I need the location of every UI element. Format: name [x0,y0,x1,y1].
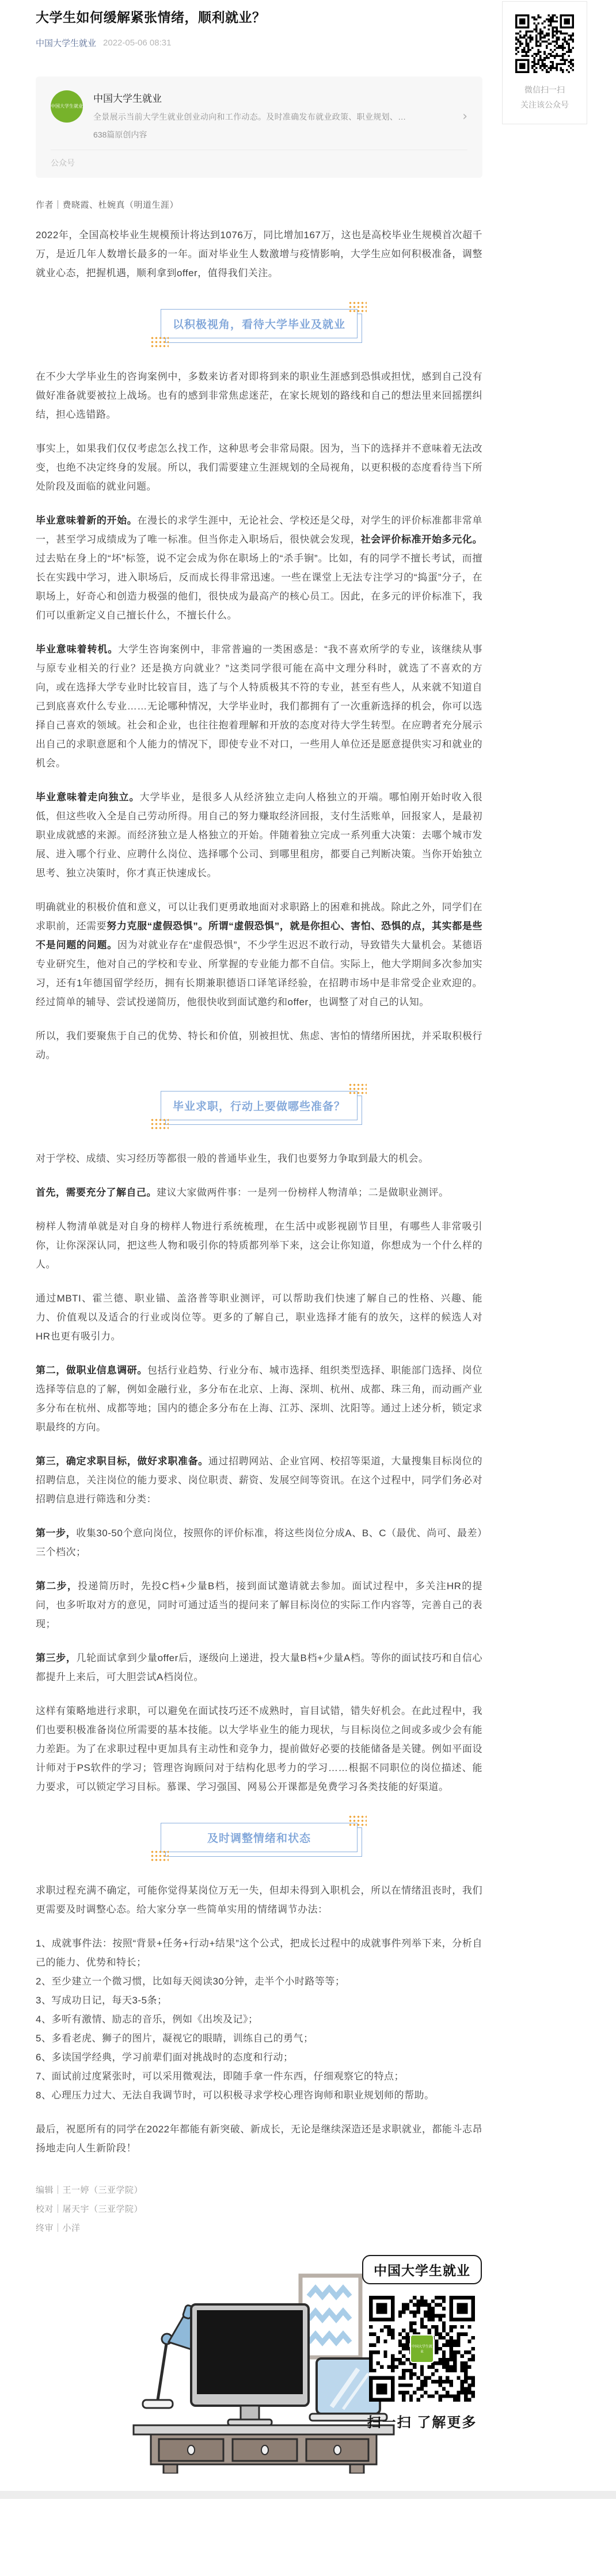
bottom-illustration: 中国大学生就业 中国大学生就业 扫一扫 了解更多 [36,2255,482,2480]
follow-qr-caption-1: 微信扫一扫 [503,82,587,97]
article-paragraph: 2022年，全国高校毕业生规模预计将达到1076万，同比增加167万，这也是高校… [36,226,482,283]
article-paragraph: 最后，祝愿所有的同学在2022年都能有新突破、新成长，无论是继续深造还是求职就业… [36,2120,482,2158]
account-name[interactable]: 中国大学生就业 [93,90,467,105]
section-heading: 毕业求职，行动上要做哪些准备？ [161,1091,358,1120]
bottom-qr-code: 中国大学生就业 [369,2296,475,2402]
article-paragraph: 毕业意味着新的开始。在漫长的求学生涯中，无论社会、学校还是父母，对学生的评价标准… [36,511,482,625]
dots-decoration [150,1850,169,1863]
account-description: 全景展示当前大学生就业创业动向和工作动态。及时准确发布就业政策、职业规划、… [93,111,454,123]
heading-text: 及时调整情绪和状态 [161,1823,358,1852]
heading-text: 毕业求职，行动上要做哪些准备？ [161,1091,358,1120]
account-type-label: 公众号 [51,150,467,170]
dots-decoration [348,301,367,314]
article-paragraph: 第三步，几轮面试拿到少量offer后，逐级向上递进，投大量B档+少量A档。等你的… [36,1648,482,1686]
original-count: 638篇原创内容 [93,129,467,140]
follow-qr-caption-2: 关注该公众号 [503,97,587,112]
article-paragraph: 求职过程充满不确定，可能你觉得某岗位万无一失，但却未得到入职机会，所以在情绪沮丧… [36,1881,482,1919]
section-heading: 及时调整情绪和状态 [161,1823,358,1852]
article-paragraph: 第三，确定求职目标，做好求职准备。通过招聘网站、企业官网、校招等渠道，大量搜集目… [36,1452,482,1509]
article-paragraph: 明确就业的积极价值和意义，可以让我们更勇敢地面对求职路上的困难和挑战。除此之外，… [36,898,482,1012]
article-paragraph: 在不少大学毕业生的咨询案例中，多数来访者对即将到来的职业生涯感到恐惧或担忧，感到… [36,367,482,424]
article-paragraph: 第一步，收集30-50个意向岗位，按照你的评价标准，将这些岗位分成A、B、C（最… [36,1524,482,1562]
account-link[interactable]: 中国大学生就业 [36,37,96,49]
article-paragraph: 这样有策略地进行求职，可以避免在面试技巧还不成熟时，盲目试错，错失好机会。在此过… [36,1701,482,1796]
article-paragraph: 所以，我们要聚焦于自己的优势、特长和价值，别被担忧、焦虑、害怕的情绪所困扰，并采… [36,1026,482,1064]
avatar[interactable]: 中国大学生就业 [51,90,83,123]
byline: 中国大学生就业 2022-05-06 08:31 [36,37,482,49]
article-paragraph: 榜样人物清单就是对自身的榜样人物进行系统梳理，在生活中或影视剧节目里，有哪些人非… [36,1217,482,1274]
article-body: 2022年，全国高校毕业生规模预计将达到1076万，同比增加167万，这也是高校… [36,226,482,2238]
follow-qr-code [515,14,574,73]
scan-hint-text: 扫一扫 了解更多 [367,2411,477,2431]
publish-time: 2022-05-06 08:31 [103,38,171,48]
article-list: 1、成就事件法：按照“背景+任务+行动+结果”这个公式，把成长过程中的成就事件列… [36,1934,482,2105]
qr-center-logo: 中国大学生就业 [410,2334,434,2363]
chevron-right-icon[interactable]: › [462,110,467,123]
dots-decoration [150,1118,169,1131]
dots-decoration [150,336,169,349]
article-paragraph: 第二步，投递简历时，先投C档+少量B档，接到面试邀请就去参加。面试过程中，多关注… [36,1577,482,1634]
credits-block: 编辑｜王一婷（三亚学院）校对｜屠天宇（三亚学院）终审｜小洋 [36,2181,482,2238]
article-paragraph: 第二，做职业信息调研。包括行业趋势、行业分布、城市选择、组织类型选择、职能部门选… [36,1361,482,1437]
follow-qr-panel: 微信扫一扫 关注该公众号 [502,1,587,124]
qr-title-badge: 中国大学生就业 [362,2255,482,2284]
footer-bar [0,2491,616,2499]
article-paragraph: 毕业意味着转机。大学生咨询案例中，非常普遍的一类困惑是：“我不喜欢所学的专业，该… [36,640,482,773]
article-paragraph: 对于学校、成绩、实习经历等都很一般的普通毕业生，我们也要努力争取到最大的机会。 [36,1149,482,1168]
section-heading: 以积极视角，看待大学毕业及就业 [161,309,358,338]
article-paragraph: 首先，需要充分了解自己。建议大家做两件事：一是列一份榜样人物清单；二是做职业测评… [36,1183,482,1202]
author-line: 作者｜费晓霞、杜婉真（明道生涯） [36,199,482,211]
article-paragraph: 毕业意味着走向独立。大学毕业，是很多人从经济独立走向人格独立的开端。哪怕刚开始时… [36,788,482,883]
heading-text: 以积极视角，看待大学毕业及就业 [161,309,358,338]
dots-decoration [348,1083,367,1096]
article-paragraph: 事实上，如果我们仅仅考虑怎么找工作，这种思考会非常局限。因为，当下的选择并不意味… [36,439,482,496]
page-title: 大学生如何缓解紧张情绪，顺利就业？ [36,8,482,26]
dots-decoration [348,1815,367,1827]
article-paragraph: 通过MBTI、霍兰德、职业锚、盖洛普等职业测评，可以帮助我们快速了解自己的性格、… [36,1289,482,1346]
profile-card[interactable]: 中国大学生就业 中国大学生就业 全景展示当前大学生就业创业动向和工作动态。及时准… [36,77,482,178]
article-page: 大学生如何缓解紧张情绪，顺利就业？ 中国大学生就业 2022-05-06 08:… [36,0,482,2480]
